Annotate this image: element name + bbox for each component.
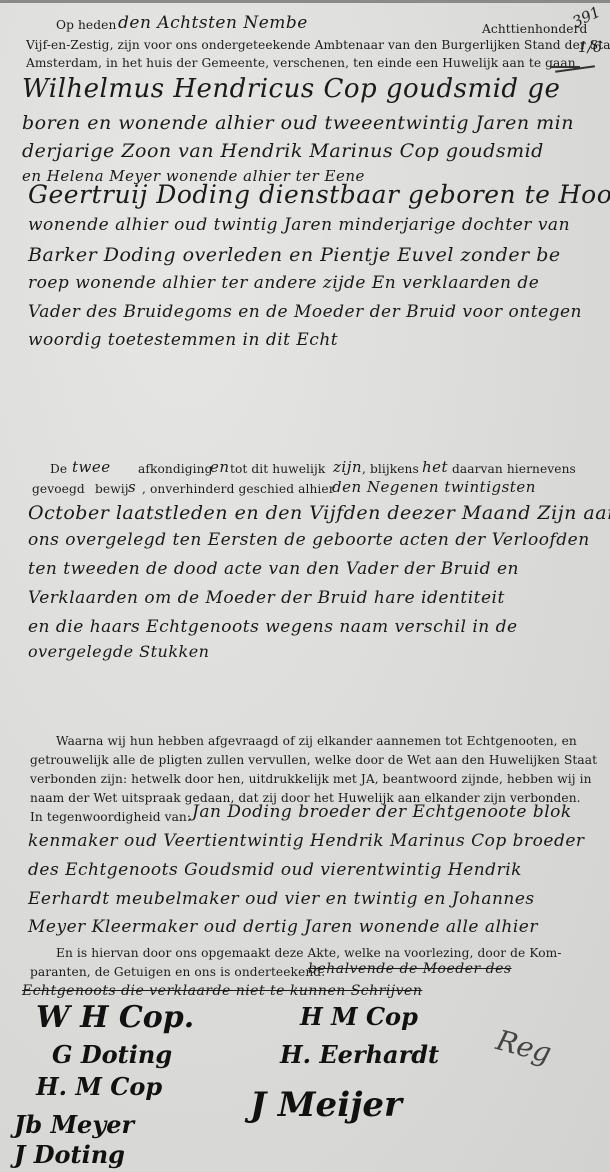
hand-line: October laatstleden en den Vijfden deeze…	[28, 502, 610, 524]
signature-witness: J Doting	[14, 1140, 125, 1169]
signature-witness: J Meijer	[250, 1085, 402, 1125]
hand-line: en die haars Echtgenoots wegens naam ver…	[28, 617, 518, 637]
printed-text: gevoegd	[32, 482, 85, 496]
printed-text: , onverhinderd geschied alhier	[142, 482, 335, 496]
printed-text: tot dit huwelijk	[230, 462, 325, 476]
printed-text: afkondiging	[138, 462, 213, 476]
scan-edge	[0, 0, 610, 3]
hand-fill: s	[128, 478, 136, 496]
printed-text: De	[50, 462, 67, 476]
signature-witness: H. Eerhardt	[280, 1040, 439, 1069]
witness-hand-line: Meyer Kleermaker oud dertig Jaren wonend…	[28, 917, 538, 937]
printed-text: paranten, de Getuigen en ons is ondertee…	[30, 965, 325, 979]
hand-fill: en	[210, 458, 230, 476]
printed-text: Waarna wij hun hebben afgevraagd of zij …	[56, 734, 577, 748]
witness-hand-line: Jan Doding broeder der Echtgenoote blok	[192, 802, 572, 822]
printed-text: daarvan hiernevens	[452, 462, 576, 476]
printed-text: bewij	[95, 482, 129, 496]
printed-line-3: Amsterdam, in het huis der Gemeente, ver…	[26, 56, 576, 70]
hand-line: wonende alhier oud twintig Jaren minderj…	[28, 215, 570, 235]
ink-dash	[550, 66, 580, 68]
hand-line: roep wonende alhier ter andere zijde En …	[28, 273, 539, 293]
hand-fill: den Negenen twintigsten	[332, 478, 536, 496]
signature-bride: G Doting	[52, 1040, 172, 1069]
printed-text: getrouwelijk alle de pligten zullen verv…	[30, 753, 597, 767]
hand-line: overgelegde Stukken	[28, 642, 209, 661]
groom-name-line: Wilhelmus Hendricus Cop goudsmid ge	[22, 74, 560, 104]
handwritten-date: den Achtsten Nembe	[118, 13, 308, 33]
witness-hand-line: Eerhardt meubelmaker oud vier en twintig…	[28, 889, 535, 909]
witness-hand-line: des Echtgenoots Goudsmid oud vierentwint…	[28, 860, 522, 880]
hand-line: Barker Doding overleden en Pientje Euvel…	[28, 244, 561, 266]
signature-official: Jb Meyer	[14, 1110, 134, 1139]
hand-line: Vader des Bruidegoms en de Moeder der Br…	[28, 302, 582, 322]
witness-label: In tegenwoordigheid van:	[30, 810, 191, 824]
hand-line: ten tweeden de dood acte van den Vader d…	[28, 559, 519, 579]
hand-line: boren en wonende alhier oud tweeentwinti…	[22, 112, 574, 134]
hand-fill: twee	[72, 458, 111, 476]
printed-text: En is hiervan door ons opgemaakt deze Ak…	[56, 946, 562, 960]
scanned-document-page: 391 1/6 Op heden den Achtsten Nembe Acht…	[0, 0, 610, 1172]
witness-hand-line: kenmaker oud Veertientwintig Hendrik Mar…	[28, 831, 585, 851]
struck-annotation: Echtgenoots die verklaarde niet te kunne…	[22, 983, 422, 999]
printed-year-prefix: Achttienhonderd	[482, 22, 587, 36]
hand-line: woordig toetestemmen in dit Echt	[28, 330, 338, 350]
bride-name-line: Geertruij Doding dienstbaar geboren te H…	[28, 180, 610, 209]
hand-fill: zijn	[333, 458, 362, 476]
margin-initials: Reg	[493, 1023, 555, 1069]
hand-fill: het	[422, 458, 448, 476]
struck-annotation: behalvende de Moeder des	[308, 961, 512, 977]
signature-father: H M Cop	[300, 1002, 418, 1031]
printed-opening: Op heden	[56, 18, 116, 32]
printed-text: , blijkens	[362, 462, 419, 476]
signature-witness: H. M Cop	[36, 1072, 162, 1101]
signature-groom: W H Cop.	[36, 1000, 194, 1035]
hand-line: Verklaarden om de Moeder der Bruid hare …	[28, 588, 505, 608]
printed-line-2: Vijf-en-Zestig, zijn voor ons ondergetee…	[26, 38, 610, 52]
hand-line: derjarige Zoon van Hendrik Marinus Cop g…	[22, 140, 544, 162]
hand-line: ons overgelegd ten Eersten de geboorte a…	[28, 530, 590, 550]
printed-text: verbonden zijn: hetwelk door hen, uitdru…	[30, 772, 592, 786]
